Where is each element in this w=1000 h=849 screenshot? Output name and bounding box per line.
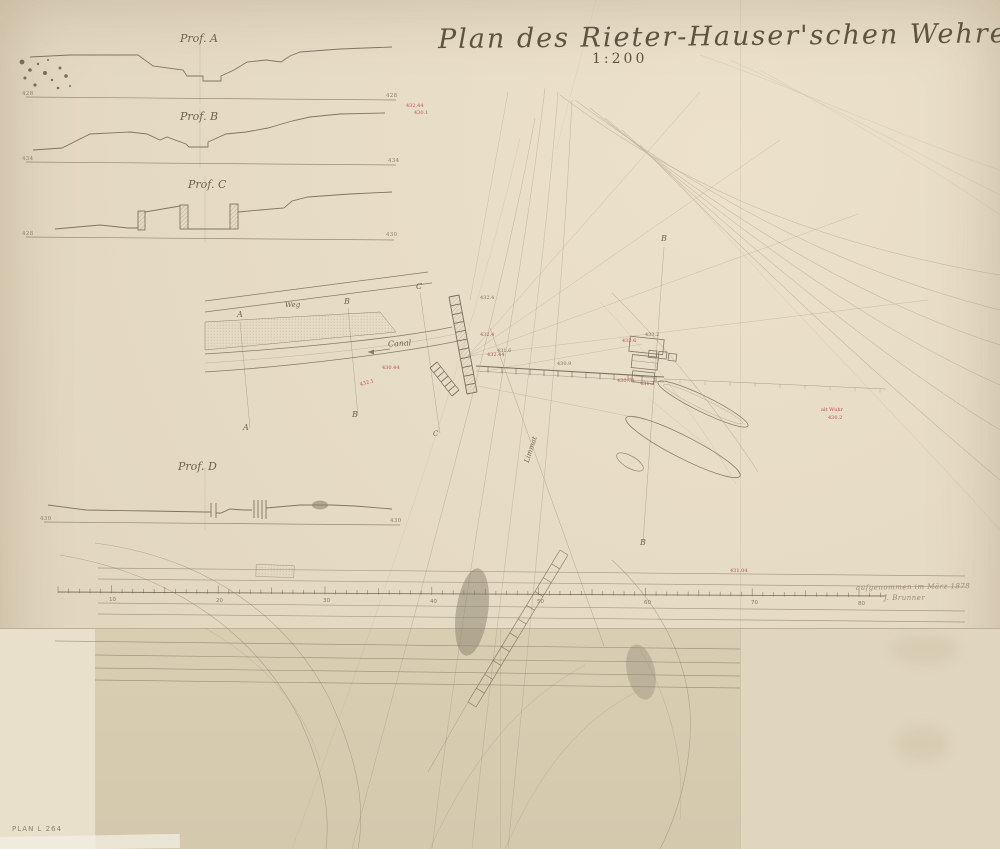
profile-a-elev-left: 428 [22,91,33,97]
red-annotation: 432.44 [487,353,505,359]
profile-b-elev-right: 434 [388,158,399,164]
scale-bar-number: 70 [751,600,758,606]
red-annotation: 430.44 [382,366,400,372]
profile-d-elev-left: 430 [40,516,51,522]
section-mark-c-bottom: C [433,431,438,439]
section-mark-a-bottom: A [243,424,249,433]
shaded-blobs [450,566,660,702]
canal-label: Canal [388,339,412,349]
plan-linework [0,0,1000,849]
red-annotation: alt Wuhr [821,408,843,414]
profile-a-ink-blots [20,59,71,89]
profile-c-elev-right: 430 [386,232,397,238]
red-annotation: 430.78 [617,379,635,385]
scale-bar-number: 50 [537,599,544,605]
archive-stamp: PLAN L 264 [12,826,62,834]
section-mark-b-top: B [344,298,350,307]
profile-a-elev-right: 428 [386,93,397,99]
long-parallel-lines [55,568,965,688]
red-annotation: 432.44 [406,104,424,110]
profile-a-drawing [26,40,396,104]
profile-d-label: Prof. D [178,461,217,473]
river-curves [292,55,1000,849]
profile-c-elev-left: 428 [22,231,33,237]
plan-title: Plan des Rieter-Hauser'schen Wehres. [438,19,1000,55]
red-annotation: 431.2 [640,382,654,388]
profile-b-label: Prof. B [180,111,218,123]
red-annotation: 432.4 [480,333,494,339]
profile-c-label: Prof. C [188,179,226,191]
scale-bar-number: 30 [323,598,330,604]
weir-drawing [430,295,477,396]
scale-bar-number: 60 [644,600,651,606]
section-mark-b-right-top: B [661,235,667,244]
section-mark-b-bottom: B [352,411,358,420]
section-mark-b-right-bottom: B [640,539,646,548]
road-label: Weg [285,302,301,310]
section-mark-a-top: A [237,311,243,320]
training-wall-loops [614,375,751,486]
scale-bar-number: 20 [216,598,223,604]
red-annotation: 430.2 [828,416,842,422]
spot-elevation: 433.2 [645,333,659,339]
bank-curves-bottom [60,543,690,849]
section-mark-c-top: C [416,283,422,292]
profile-d-elev-right: 430 [390,518,401,524]
spot-elevation: 430.9 [557,362,571,368]
plan-sheet: Plan des Rieter-Hauser'schen Wehres. 1:2… [0,0,1000,849]
profile-d-drawing [44,468,400,530]
red-annotation: 430.1 [414,111,428,117]
plan-scale: 1:200 [592,52,647,67]
scale-bar-number: 40 [430,599,437,605]
scale-bar-number: 10 [109,597,116,603]
profile-b-elev-left: 434 [22,156,33,162]
scale-bar-number: 80 [858,601,865,607]
profile-a-label: Prof. A [180,33,218,45]
red-annotation: 432.6 [622,339,636,345]
surveyor-signature: J. Brunner [884,595,925,603]
spot-elevation: 432.4 [480,296,494,302]
red-annotation: 431.04 [730,569,748,575]
